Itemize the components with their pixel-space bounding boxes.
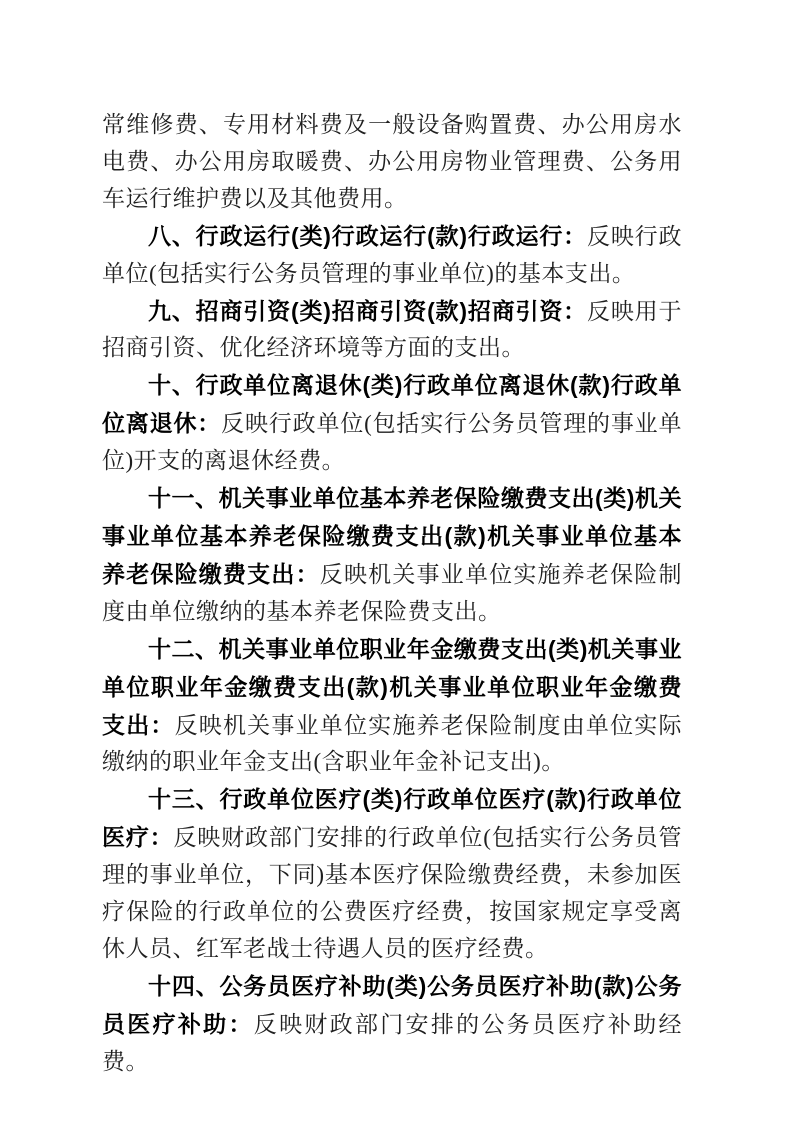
paragraph-item-13: 十三、行政单位医疗(类)行政单位医疗(款)行政单位医疗：反映财政部门安排的行政单…	[102, 781, 682, 968]
paragraph-continuation: 常维修费、专用材料费及一般设备购置费、办公用房水电费、办公用房取暖费、办公用房物…	[102, 106, 682, 218]
paragraph-item-10: 十、行政单位离退休(类)行政单位离退休(款)行政单位离退休：反映行政单位(包括实…	[102, 367, 682, 480]
paragraph-text: 反映财政部门安排的行政单位(包括实行公务员管理的事业单位，下同)基本医疗保险缴费…	[102, 825, 682, 961]
paragraph-item-14: 十四、公务员医疗补助(类)公务员医疗补助(款)公务员医疗补助：反映财政部门安排的…	[102, 968, 682, 1081]
paragraph-item-8: 八、行政运行(类)行政运行(款)行政运行：反映行政单位(包括实行公务员管理的事业…	[102, 218, 682, 293]
paragraph-heading: 八、行政运行(类)行政运行(款)行政运行：	[148, 223, 587, 249]
paragraph-text: 反映机关事业单位实施养老保险制度由单位实际缴纳的职业年金支出(含职业年金补记支出…	[102, 713, 682, 775]
paragraph-item-11: 十一、机关事业单位基本养老保险缴费支出(类)机关事业单位基本养老保险缴费支出(款…	[102, 480, 682, 631]
paragraph-item-12: 十二、机关事业单位职业年金缴费支出(类)机关事业单位职业年金缴费支出(款)机关事…	[102, 631, 682, 782]
document-content: 常维修费、专用材料费及一般设备购置费、办公用房水电费、办公用房取暖费、办公用房物…	[102, 106, 682, 1081]
paragraph-heading: 九、招商引资(类)招商引资(款)招商引资：	[148, 298, 587, 324]
paragraph-text: 常维修费、专用材料费及一般设备购置费、办公用房水电费、办公用房取暖费、办公用房物…	[102, 112, 682, 211]
document-page: 常维修费、专用材料费及一般设备购置费、办公用房水电费、办公用房取暖费、办公用房物…	[0, 0, 793, 1122]
paragraph-item-9: 九、招商引资(类)招商引资(款)招商引资：反映用于招商引资、优化经济环境等方面的…	[102, 293, 682, 368]
